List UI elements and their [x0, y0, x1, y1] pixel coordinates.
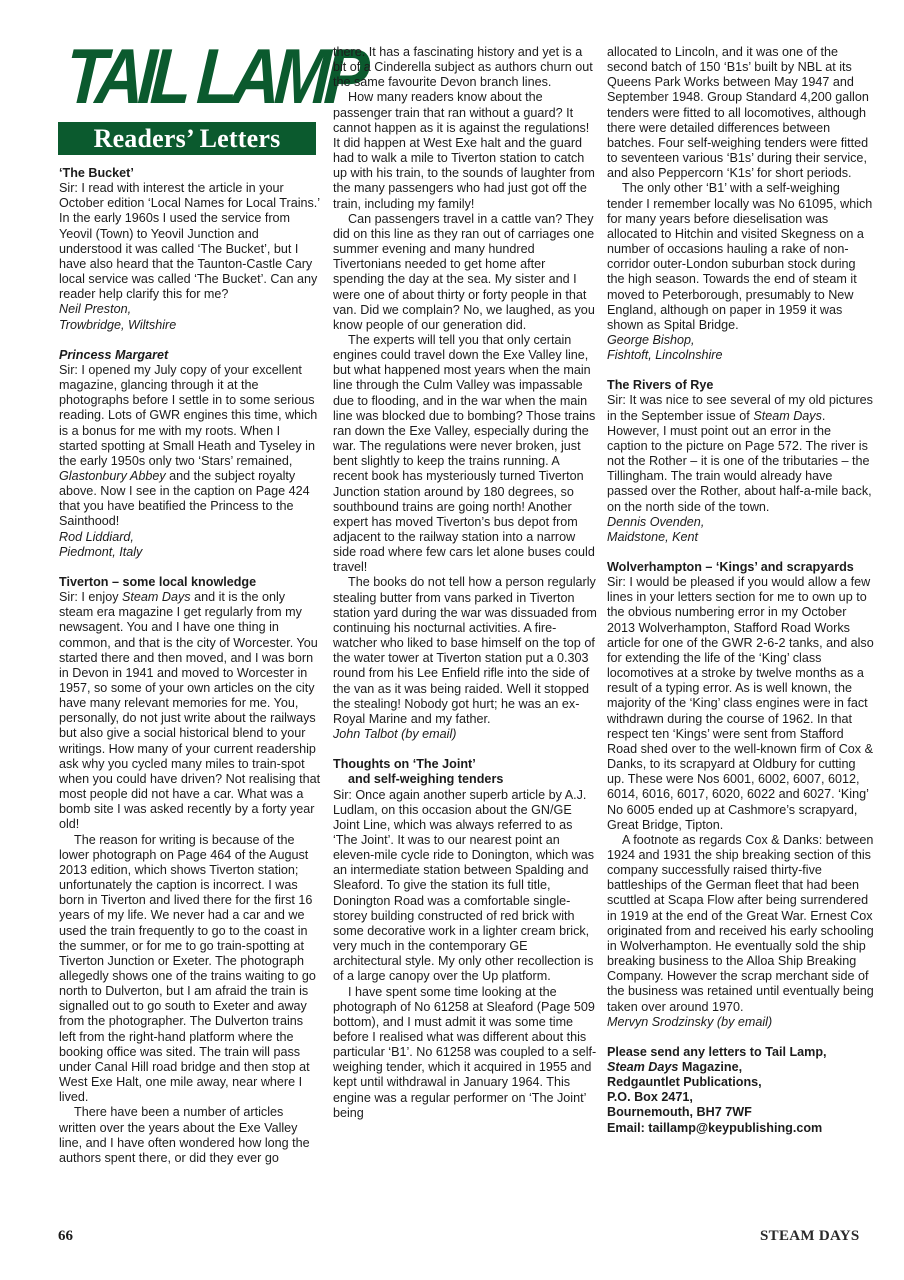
heading-line-2: and self-weighing tenders	[333, 772, 597, 787]
body-text: and it is the only steam era magazine I …	[59, 590, 320, 831]
letter-paragraph: there. It has a fascinating history and …	[333, 45, 597, 90]
letter-body: Sir: I would be pleased if you would all…	[607, 575, 875, 833]
letter-signature-location: Trowbridge, Wiltshire	[59, 318, 321, 333]
magazine-name: Steam Days	[753, 409, 822, 423]
letter-signature-name: Neil Preston,	[59, 302, 321, 317]
letter-paragraph: A footnote as regards Cox & Danks: betwe…	[607, 833, 875, 1015]
body-text: Sir: I opened my July copy of your excel…	[59, 363, 317, 468]
address-line: Bournemouth, BH7 7WF	[607, 1105, 875, 1120]
section-title: TAIL LAMP	[64, 40, 282, 112]
page-number: 66	[58, 1228, 73, 1245]
letter-paragraph: Can passengers travel in a cattle van? T…	[333, 212, 597, 333]
letter-signature-name: Rod Liddiard,	[59, 530, 321, 545]
letter-paragraph: There have been a number of articles wri…	[59, 1105, 321, 1166]
section-banner: Readers’ Letters	[58, 122, 316, 155]
letter-signature-name: George Bishop,	[607, 333, 875, 348]
letter-signature-name: John Talbot (by email)	[333, 727, 597, 742]
letter-signature-name: Mervyn Srodzinsky (by email)	[607, 1015, 875, 1030]
submission-address: Please send any letters to Tail Lamp, St…	[607, 1045, 875, 1136]
letter-the-joint: Thoughts on ‘The Joint’ and self-weighin…	[333, 757, 597, 1121]
letter-paragraph: allocated to Lincoln, and it was one of …	[607, 45, 875, 181]
letter-heading: Thoughts on ‘The Joint’ and self-weighin…	[333, 757, 597, 787]
letter-the-bucket: ‘The Bucket’ Sir: I read with interest t…	[59, 166, 321, 333]
heading-line-1: Thoughts on ‘The Joint’	[333, 757, 476, 771]
address-email-line: Email: taillamp@keypublishing.com	[607, 1121, 875, 1136]
letter-heading: Princess Margaret	[59, 348, 321, 363]
address-line: Please send any letters to Tail Lamp,	[607, 1045, 875, 1060]
letter-paragraph: The only other ‘B1’ with a self-weighing…	[607, 181, 875, 333]
column-2: there. It has a fascinating history and …	[333, 45, 597, 1136]
letter-the-joint-continued: allocated to Lincoln, and it was one of …	[607, 45, 875, 363]
letter-signature-location: Piedmont, Italy	[59, 545, 321, 560]
address-line: Steam Days Magazine,	[607, 1060, 875, 1075]
letter-tiverton-continued: there. It has a fascinating history and …	[333, 45, 597, 742]
letter-heading: ‘The Bucket’	[59, 166, 321, 181]
letter-signature-location: Maidstone, Kent	[607, 530, 875, 545]
column-3: allocated to Lincoln, and it was one of …	[607, 45, 875, 1136]
letter-wolverhampton: Wolverhampton – ‘Kings’ and scrapyards S…	[607, 560, 875, 1030]
address-text: Magazine,	[678, 1060, 742, 1074]
letter-signature-name: Dennis Ovenden,	[607, 515, 875, 530]
body-text: Sir: I enjoy	[59, 590, 122, 604]
letter-heading: Wolverhampton – ‘Kings’ and scrapyards	[607, 560, 875, 575]
letter-princess-margaret: Princess Margaret Sir: I opened my July …	[59, 348, 321, 560]
letter-signature-location: Fishtoft, Lincolnshire	[607, 348, 875, 363]
column-1: ‘The Bucket’ Sir: I read with interest t…	[59, 166, 321, 1181]
letter-body: Sir: Once again another superb article b…	[333, 788, 597, 985]
engine-name: Glastonbury Abbey	[59, 469, 166, 483]
letter-paragraph: The reason for writing is because of the…	[59, 833, 321, 1106]
letter-rivers-of-rye: The Rivers of Rye Sir: It was nice to se…	[607, 378, 875, 545]
email-label: Email:	[607, 1121, 648, 1135]
masthead: TAIL LAMP Readers’ Letters	[58, 40, 316, 155]
letter-heading: Tiverton – some local knowledge	[59, 575, 321, 590]
section-subtitle: Readers’ Letters	[94, 124, 281, 154]
letter-paragraph: The experts will tell you that only cert…	[333, 333, 597, 576]
letter-body: Sir: I read with interest the article in…	[59, 181, 321, 302]
letter-body: Sir: It was nice to see several of my ol…	[607, 393, 875, 514]
address-line: Redgauntlet Publications,	[607, 1075, 875, 1090]
letter-tiverton: Tiverton – some local knowledge Sir: I e…	[59, 575, 321, 1166]
letter-body: Sir: I opened my July copy of your excel…	[59, 363, 321, 530]
magazine-name: Steam Days	[607, 1060, 678, 1074]
email-address[interactable]: taillamp@keypublishing.com	[648, 1121, 822, 1135]
letter-body: Sir: I enjoy Steam Days and it is the on…	[59, 590, 321, 833]
address-line: P.O. Box 2471,	[607, 1090, 875, 1105]
magazine-name: Steam Days	[122, 590, 191, 604]
body-text: Sir: It was nice to see several of my ol…	[607, 393, 873, 422]
letter-paragraph: How many readers know about the passenge…	[333, 90, 597, 211]
letter-paragraph: The books do not tell how a person regul…	[333, 575, 597, 727]
letter-heading: The Rivers of Rye	[607, 378, 875, 393]
running-title: STEAM DAYS	[760, 1228, 860, 1245]
letter-paragraph: I have spent some time looking at the ph…	[333, 985, 597, 1121]
body-text: . However, I must point out an error in …	[607, 409, 872, 514]
